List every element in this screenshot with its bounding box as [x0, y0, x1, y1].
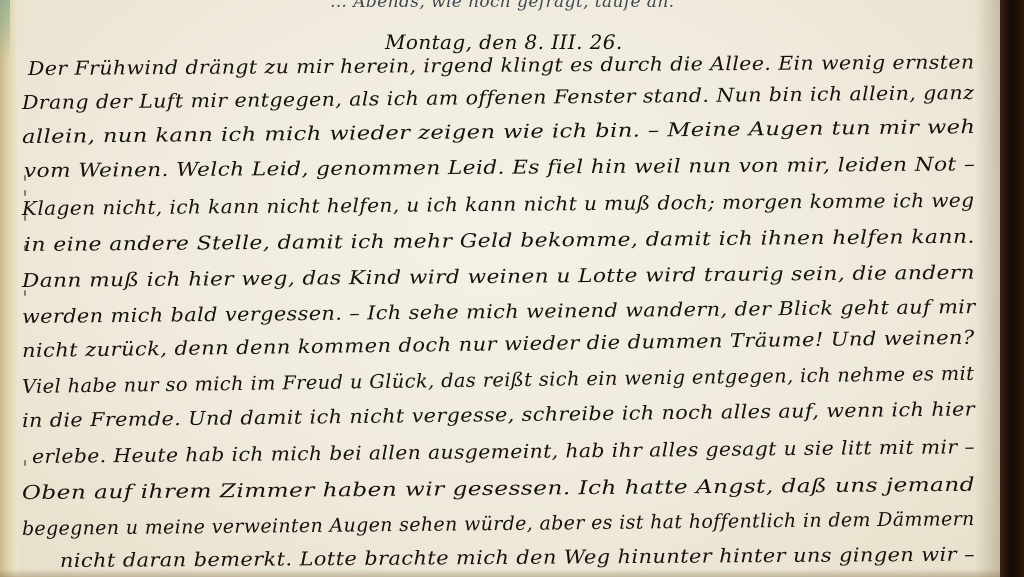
- text-line: werden mich bald vergessen. – Ich sehe m…: [22, 296, 976, 328]
- margin-mark: [24, 460, 26, 466]
- margin-mark: [24, 190, 26, 196]
- text-line: vom Weinen. Welch Leid, genommen Leid. E…: [24, 153, 975, 182]
- text-line: Drang der Luft mir entgegen, als ich am …: [22, 82, 974, 114]
- top-cut-line: … Abends, wie noch gefragt, taufe an.: [330, 0, 674, 12]
- text-line: Klagen nicht, ich kann nicht helfen, u i…: [22, 190, 975, 220]
- page-bottom-edge: [0, 569, 1000, 577]
- text-line: begegnen u meine verweinten Augen sehen …: [22, 508, 975, 540]
- text-line: Dann muß ich hier weg, das Kind wird wei…: [22, 262, 975, 292]
- text-line: Oben auf ihrem Zimmer haben wir gesessen…: [22, 474, 975, 504]
- text-line: in die Fremde. Und damit ich nicht verge…: [22, 398, 975, 432]
- text-line: allein, nun kann ich mich wieder zeigen …: [22, 116, 976, 148]
- date-heading: Montag, den 8. III. 26.: [385, 30, 623, 54]
- cover-tint: [0, 0, 10, 60]
- page-left-edge: [0, 0, 18, 577]
- text-line: erlebe. Heute hab ich mich bei allen aus…: [32, 436, 975, 468]
- text-line: nicht zurück, denn denn kommen doch nur …: [22, 327, 975, 362]
- text-line: nicht daran bemerkt. Lotte brachte mich …: [60, 544, 975, 572]
- diary-page: … Abends, wie noch gefragt, taufe an. Mo…: [0, 0, 1000, 577]
- book-binding: [1000, 0, 1024, 577]
- text-line: Der Frühwind drängt zu mir herein, irgen…: [28, 51, 975, 80]
- text-line: Viel habe nur so mich im Freud u Glück, …: [22, 363, 975, 398]
- text-line: in eine andere Stelle, damit ich mehr Ge…: [24, 226, 975, 256]
- page-gutter-shadow: [975, 0, 1000, 577]
